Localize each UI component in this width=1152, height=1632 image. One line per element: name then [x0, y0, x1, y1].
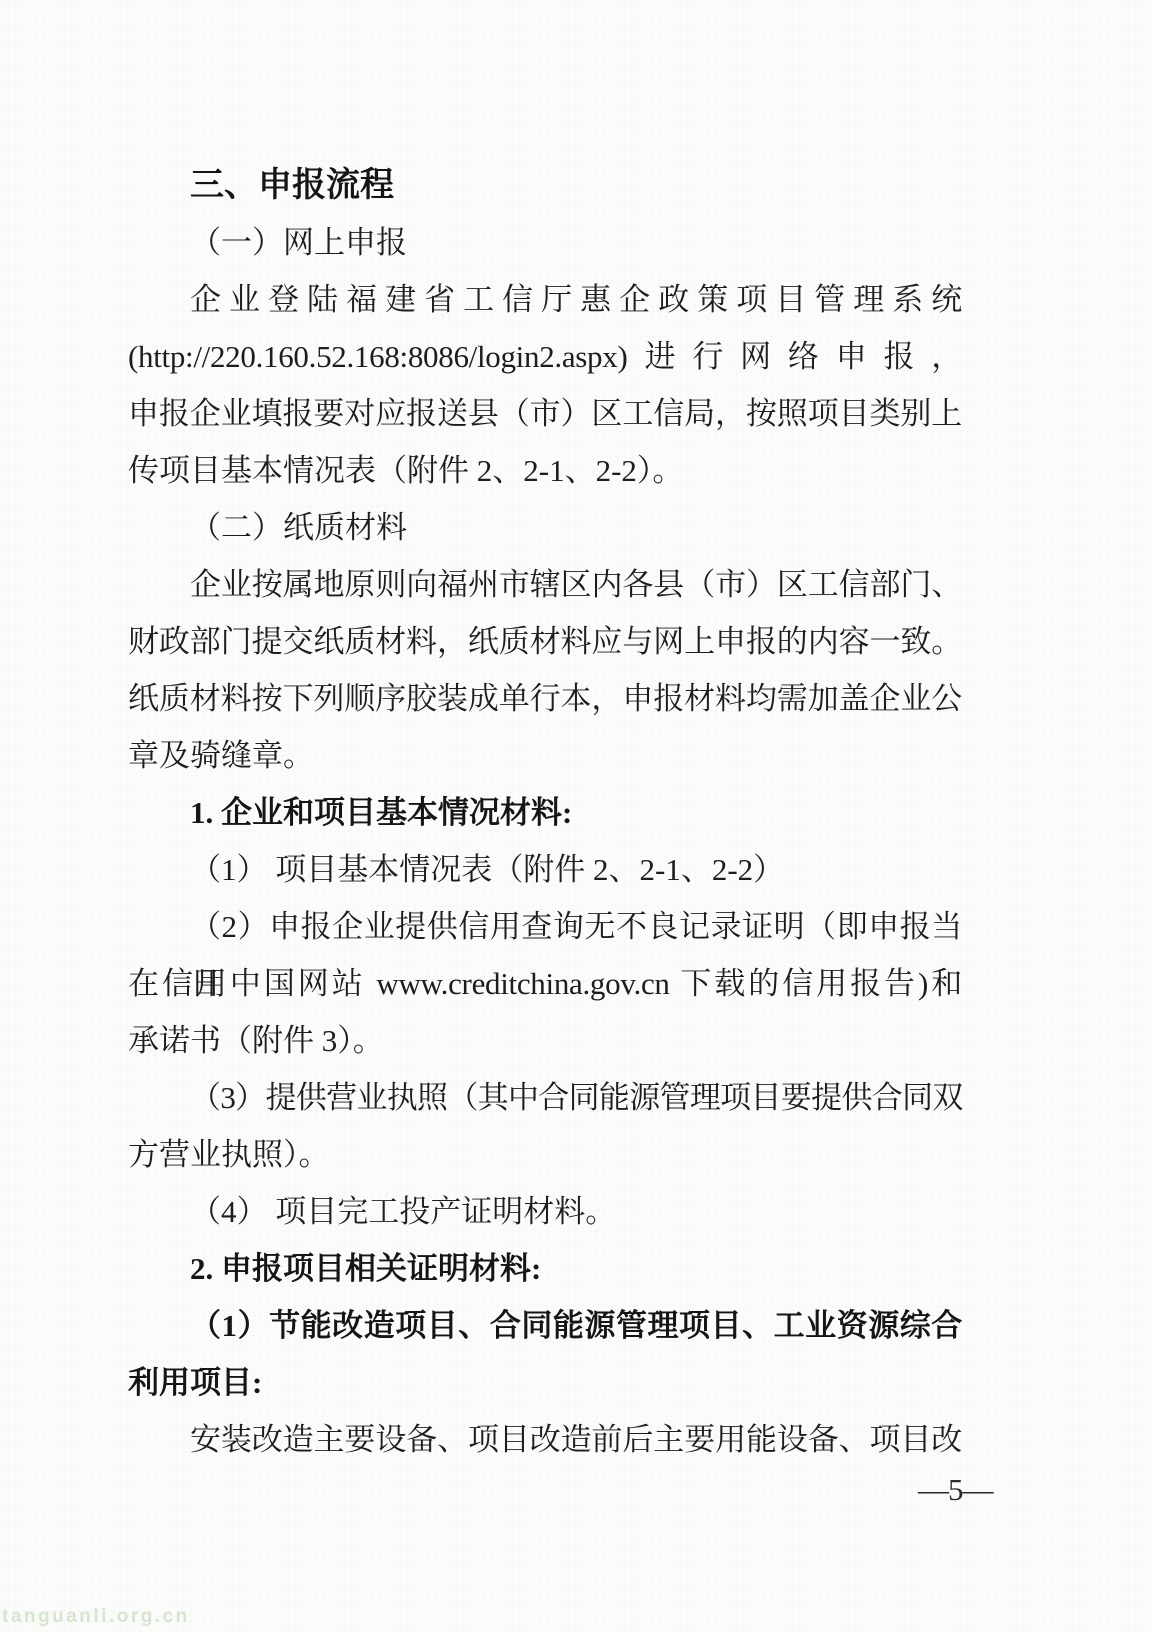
text-line: （4） 项目完工投产证明材料。: [128, 1183, 962, 1240]
text-line: 纸质材料按下列顺序胶装成单行本，申报材料均需加盖企业公: [128, 670, 962, 727]
page-number: —5—: [918, 1473, 993, 1507]
text-line: 三、申报流程: [128, 157, 962, 214]
text-line: 申报企业填报要对应报送县（市）区工信局，按照项目类别上: [128, 385, 962, 442]
text-line: 章及骑缝章。: [128, 727, 962, 784]
text-line: 企业登陆福建省工信厅惠企政策项目管理系统: [128, 271, 962, 328]
text-line: (http://220.160.52.168:8086/login2.aspx)…: [128, 328, 962, 385]
text-line: 1. 企业和项目基本情况材料:: [128, 784, 962, 841]
text-line: （1） 项目基本情况表（附件 2、2-1、2-2）: [128, 841, 962, 898]
text-line: 在信用中国网站 www.creditchina.gov.cn 下载的信用报告)和: [128, 955, 962, 1012]
text-line: 企业按属地原则向福州市辖区内各县（市）区工信部门、: [128, 556, 962, 613]
text-line: 安装改造主要设备、项目改造前后主要用能设备、项目改: [128, 1411, 962, 1468]
text-line: 财政部门提交纸质材料，纸质材料应与网上申报的内容一致。: [128, 613, 962, 670]
text-line: 2. 申报项目相关证明材料:: [128, 1240, 962, 1297]
document-body: 三、申报流程（一）网上申报企业登陆福建省工信厅惠企政策项目管理系统(http:/…: [128, 157, 962, 1468]
text-line: （2）申报企业提供信用查询无不良记录证明（即申报当日: [128, 898, 962, 955]
text-line: （二）纸质材料: [128, 499, 962, 556]
text-line: （3）提供营业执照（其中合同能源管理项目要提供合同双: [128, 1069, 962, 1126]
text-line: 传项目基本情况表（附件 2、2-1、2-2）。: [128, 442, 962, 499]
text-line: 方营业执照）。: [128, 1126, 962, 1183]
document-page: 三、申报流程（一）网上申报企业登陆福建省工信厅惠企政策项目管理系统(http:/…: [0, 0, 1152, 1632]
text-line: 承诺书（附件 3）。: [128, 1012, 962, 1069]
text-line: （1）节能改造项目、合同能源管理项目、工业资源综合: [128, 1297, 962, 1354]
text-line: 利用项目:: [128, 1354, 962, 1411]
text-line: （一）网上申报: [128, 214, 962, 271]
watermark: tanguanli.org.cn: [2, 1604, 190, 1630]
